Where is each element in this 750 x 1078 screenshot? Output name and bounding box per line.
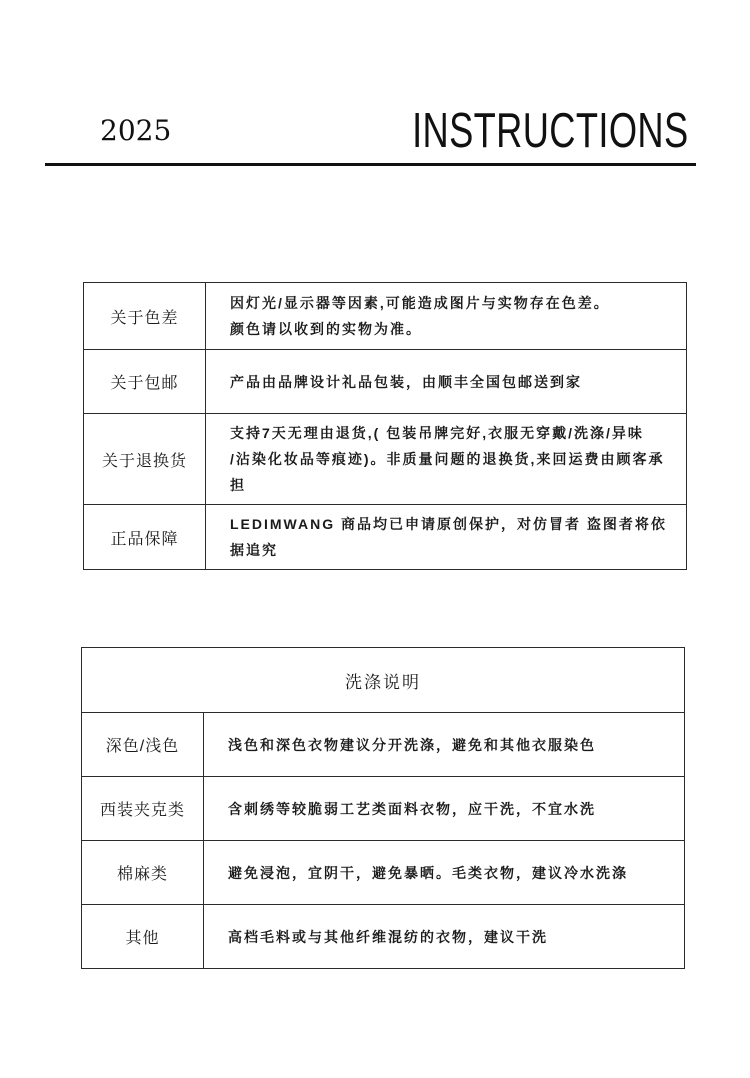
wash-row-label-other: 其他 <box>82 905 204 968</box>
wash-row-content-dark-light: 浅色和深色衣物建议分开洗涤，避免和其他衣服染色 <box>204 713 684 776</box>
washing-table: 洗涤说明 深色/浅色 浅色和深色衣物建议分开洗涤，避免和其他衣服染色 西装夹克类… <box>81 647 685 969</box>
wash-row-label-suits-jackets: 西装夹克类 <box>82 777 204 840</box>
info-row-label-color-difference: 关于色差 <box>84 283 206 349</box>
info-row-label-returns: 关于退换货 <box>84 414 206 504</box>
table-row: 关于退换货 支持7天无理由退货,( 包装吊牌完好,衣服无穿戴/洗涤/异味 /沾染… <box>84 413 686 504</box>
wash-row-content-other: 高档毛料或与其他纤维混纺的衣物，建议干洗 <box>204 905 684 968</box>
washing-table-title: 洗涤说明 <box>345 668 421 693</box>
table-row: 深色/浅色 浅色和深色衣物建议分开洗涤，避免和其他衣服染色 <box>82 712 684 776</box>
info-table: 关于色差 因灯光/显示器等因素,可能造成图片与实物存在色差。 颜色请以收到的实物… <box>83 282 687 570</box>
info-row-content-free-shipping: 产品由品牌设计礼品包装，由顺丰全国包邮送到家 <box>206 350 686 413</box>
page-title: INSTRUCTIONS <box>412 107 688 156</box>
info-row-content-color-difference: 因灯光/显示器等因素,可能造成图片与实物存在色差。 颜色请以收到的实物为准。 <box>206 283 686 349</box>
table-row: 关于包邮 产品由品牌设计礼品包装，由顺丰全国包邮送到家 <box>84 349 686 413</box>
header-divider-line <box>45 163 696 166</box>
table-row: 其他 高档毛料或与其他纤维混纺的衣物，建议干洗 <box>82 904 684 968</box>
info-row-label-free-shipping: 关于包邮 <box>84 350 206 413</box>
wash-row-content-cotton-linen: 避免浸泡，宜阴干，避免暴晒。毛类衣物，建议冷水洗涤 <box>204 841 684 904</box>
table-row: 棉麻类 避免浸泡，宜阴干，避免暴晒。毛类衣物，建议冷水洗涤 <box>82 840 684 904</box>
table-row: 关于色差 因灯光/显示器等因素,可能造成图片与实物存在色差。 颜色请以收到的实物… <box>84 283 686 349</box>
info-row-label-authenticity: 正品保障 <box>84 505 206 569</box>
wash-row-content-suits-jackets: 含刺绣等较脆弱工艺类面料衣物，应干洗，不宜水洗 <box>204 777 684 840</box>
washing-table-header: 洗涤说明 <box>82 648 684 712</box>
wash-row-label-cotton-linen: 棉麻类 <box>82 841 204 904</box>
info-row-content-returns: 支持7天无理由退货,( 包装吊牌完好,衣服无穿戴/洗涤/异味 /沾染化妆品等痕迹… <box>206 414 686 504</box>
header-year: 2025 <box>100 116 171 146</box>
wash-row-label-dark-light: 深色/浅色 <box>82 713 204 776</box>
table-row: 正品保障 LEDIMWANG 商品均已申请原创保护，对仿冒者 盗图者将依据追究 <box>84 504 686 569</box>
info-row-content-authenticity: LEDIMWANG 商品均已申请原创保护，对仿冒者 盗图者将依据追究 <box>206 505 686 569</box>
table-row: 西装夹克类 含刺绣等较脆弱工艺类面料衣物，应干洗，不宜水洗 <box>82 776 684 840</box>
